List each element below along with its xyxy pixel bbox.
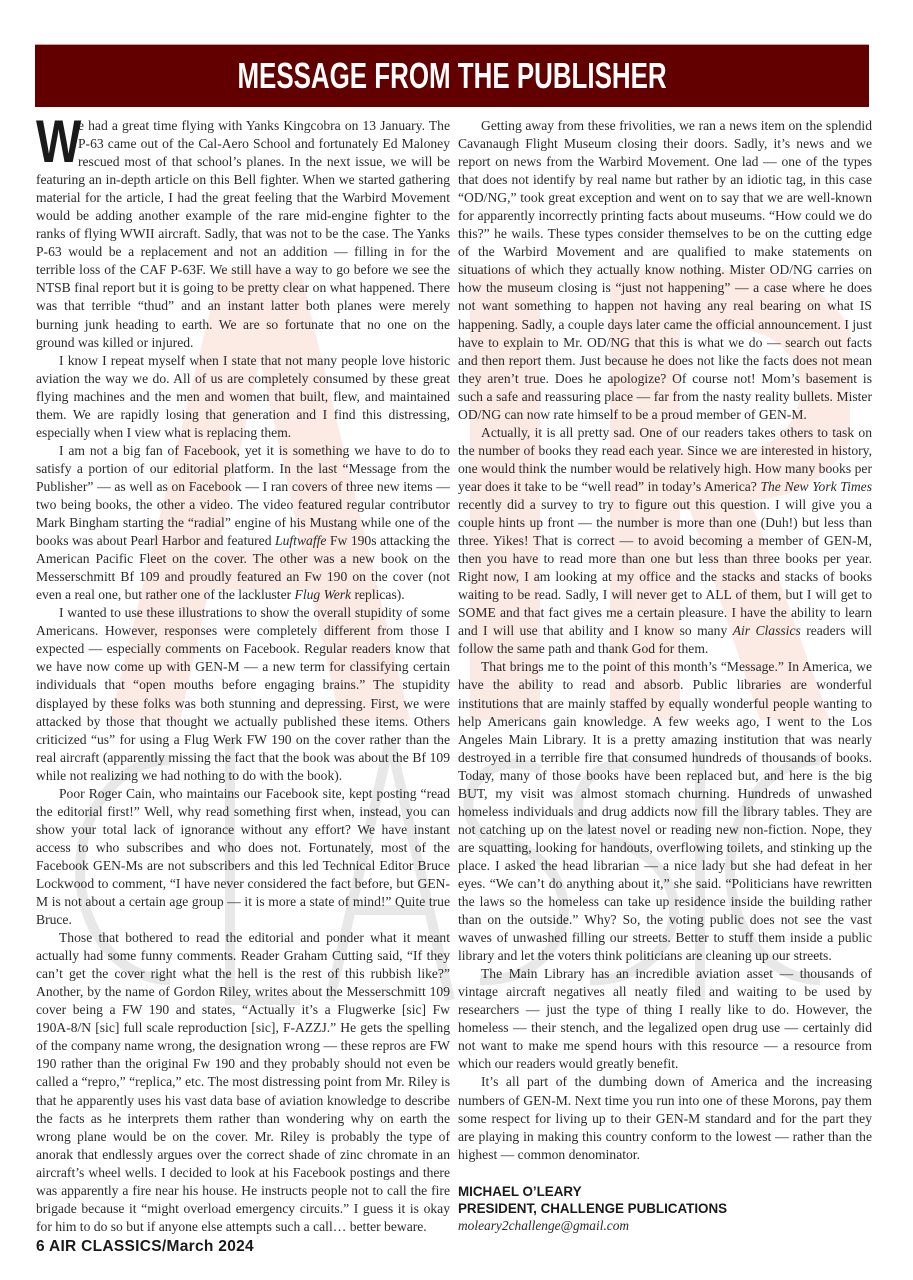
author-signature: MICHAEL O’LEARY PRESIDENT, CHALLENGE PUB…	[458, 1183, 872, 1235]
section-banner: MESSAGE FROM THE PUBLISHER	[35, 44, 869, 107]
author-name: MICHAEL O’LEARY	[458, 1183, 872, 1200]
page-title: MESSAGE FROM THE PUBLISHER	[237, 58, 666, 94]
author-email-link[interactable]: moleary2challenge@gmail.com	[458, 1217, 872, 1235]
page-folio: 6 AIR CLASSICS/March 2024	[36, 1238, 254, 1256]
paragraph: Those that bothered to read the editoria…	[36, 929, 450, 1236]
paragraph: The Main Library has an incredible aviat…	[458, 965, 872, 1073]
author-title: PRESIDENT, CHALLENGE PUBLICATIONS	[458, 1200, 872, 1217]
paragraph: It’s all part of the dumbing down of Ame…	[458, 1073, 872, 1163]
right-column: Getting away from these frivolities, we …	[458, 117, 872, 1236]
paragraph: I am not a big fan of Facebook, yet it i…	[36, 442, 450, 604]
paragraph: Actually, it is all pretty sad. One of o…	[458, 424, 872, 659]
drop-cap: W	[36, 119, 66, 171]
paragraph: Poor Roger Cain, who maintains our Faceb…	[36, 785, 450, 929]
paragraph: That brings me to the point of this mont…	[458, 658, 872, 965]
magazine-page: MESSAGE FROM THE PUBLISHER We had a grea…	[0, 0, 913, 1280]
article-body: We had a great time flying with Yanks Ki…	[36, 117, 872, 1236]
paragraph: We had a great time flying with Yanks Ki…	[36, 117, 450, 352]
paragraph: I know I repeat myself when I state that…	[36, 352, 450, 442]
left-column: We had a great time flying with Yanks Ki…	[36, 117, 450, 1236]
paragraph: I wanted to use these illustrations to s…	[36, 604, 450, 784]
paragraph: Getting away from these frivolities, we …	[458, 117, 872, 424]
